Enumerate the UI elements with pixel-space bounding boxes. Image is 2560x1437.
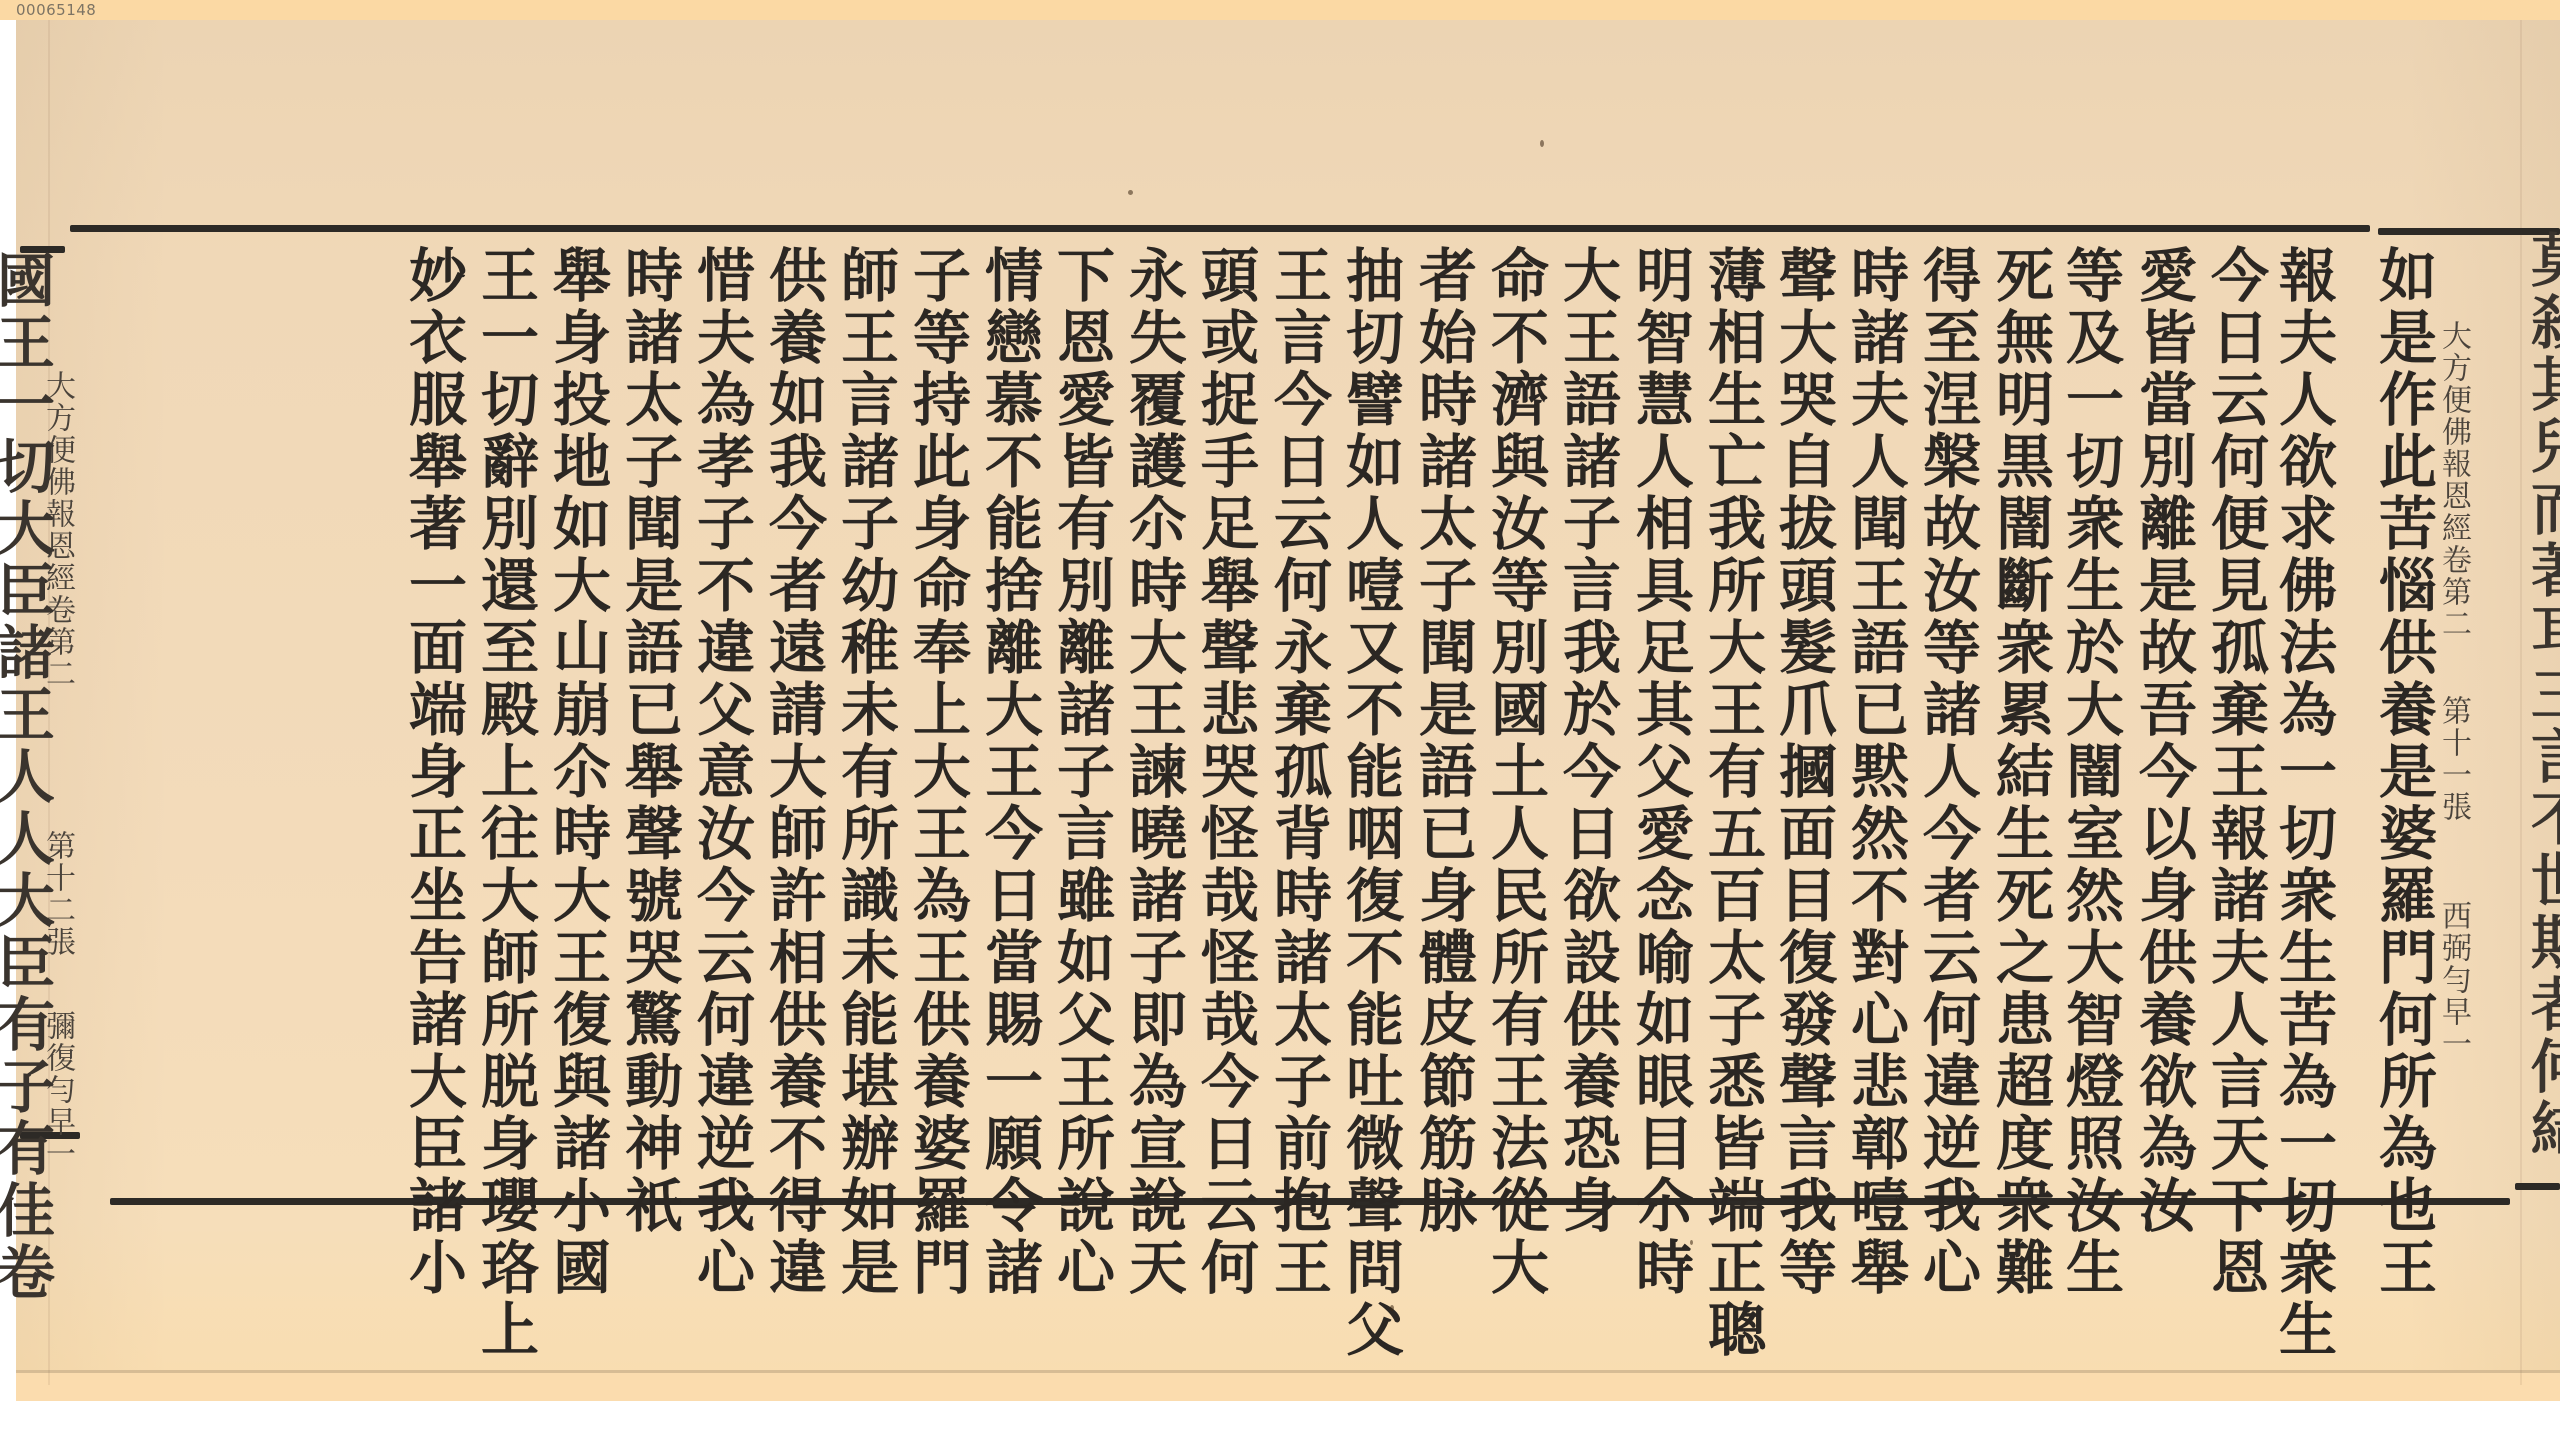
text-column: 得至涅槃故汝等諸人今者云何違逆我心 — [1912, 245, 1982, 1299]
text-column: 時諸夫人聞王語已黙然不對心悲鄣噎舉 — [1840, 245, 1910, 1299]
text-column: 明智慧人相具足其父愛念喻如眼目尒時 — [1625, 245, 1695, 1299]
scan-id-label: 00065148 — [16, 0, 96, 20]
ink-speck — [1540, 140, 1544, 147]
text-column: 子等持此身命奉上大王為王供養婆羅門 — [902, 245, 972, 1299]
margin-carver-right: 西弼勻早一 — [2436, 900, 2470, 1060]
text-column: 死無明黒闇斷衆累結生死之患超度衆難 — [1985, 245, 2055, 1299]
text-column: 時諸太子聞是語已舉聲號哭驚動神祇 — [614, 245, 684, 1237]
text-column: 王一切辭別還至殿上往大師所脱身瓔珞上 — [470, 245, 540, 1361]
margin-leaf-number-right: 第十一張 — [2436, 695, 2470, 823]
text-column: 頭或捉手足舉聲悲哭怪哉怪哉今日云何 — [1190, 245, 1260, 1299]
text-column: 薄相生亡我所大王有五百太子悉皆端正聰 — [1697, 245, 1767, 1361]
paper-lower-edge — [16, 1370, 2560, 1401]
edge-column-left: 國王一切大臣諸王人人大臣有子有佳卷 — [0, 250, 56, 1304]
text-column: 下恩愛皆有別離諸子言雖如父王所說心 — [1046, 245, 1116, 1299]
text-column: 惜夫為孝子不違父意汝今云何違逆我心 — [686, 245, 756, 1299]
text-column: 舉身投地如大山崩尒時大王復與諸小國 — [542, 245, 612, 1299]
text-column: 等及一切衆生於大闇室然大智燈照汝生 — [2055, 245, 2125, 1299]
bottom-border-rule-right — [2515, 1183, 2560, 1190]
text-column: 今日云何便見孤棄王報諸夫人言天下恩 — [2200, 245, 2270, 1299]
edge-column-right: 莫殺其兒而著耳三言不世斯者何結 — [2520, 230, 2560, 1160]
text-column: 永失覆護尒時大王諫曉諸子即為宣說天 — [1118, 245, 1188, 1299]
text-column: 妙衣服舉著一面端身正坐告諸大臣諸小 — [398, 245, 468, 1299]
text-column: 如是作此苦惱供養是婆羅門何所為也王 — [2368, 245, 2438, 1299]
text-column: 者始時諸太子聞是語已身體皮節筋脉 — [1408, 245, 1478, 1237]
text-column: 愛皆當別離是故吾今以身供養欲為汝 — [2128, 245, 2198, 1237]
text-column: 聲大哭自拔頭髮爪摑面目復發聲言我等 — [1768, 245, 1838, 1299]
margin-title-right: 大方便佛報恩經卷第二 — [2436, 320, 2470, 640]
text-column: 命不濟與汝等別國土人民所有王法從大 — [1480, 245, 1550, 1299]
text-column: 師王言諸子幼稚未有所識未能堪辦如是 — [830, 245, 900, 1299]
top-border-rule — [70, 225, 2370, 232]
ink-speck — [1690, 1240, 1693, 1245]
text-column: 供養如我今者遠請大師許相供養不得違 — [758, 245, 828, 1299]
text-column: 抽切譬如人噎又不能咽復不能吐微聲問父 — [1335, 245, 1405, 1361]
text-column: 情戀慕不能捨離大王今日當賜一願令諸 — [974, 245, 1044, 1299]
text-column: 報夫人欲求佛法為一切衆生苦為一切衆生 — [2268, 245, 2338, 1361]
ink-speck — [1128, 190, 1133, 195]
text-column: 王言今日云何永棄孤背時諸太子前抱王 — [1263, 245, 1333, 1299]
scan-header-strip: 00065148 — [0, 0, 2560, 20]
ink-speck — [1390, 1305, 1394, 1311]
text-column: 大王語諸子言我於今日欲設供養恐身 — [1552, 245, 1622, 1237]
